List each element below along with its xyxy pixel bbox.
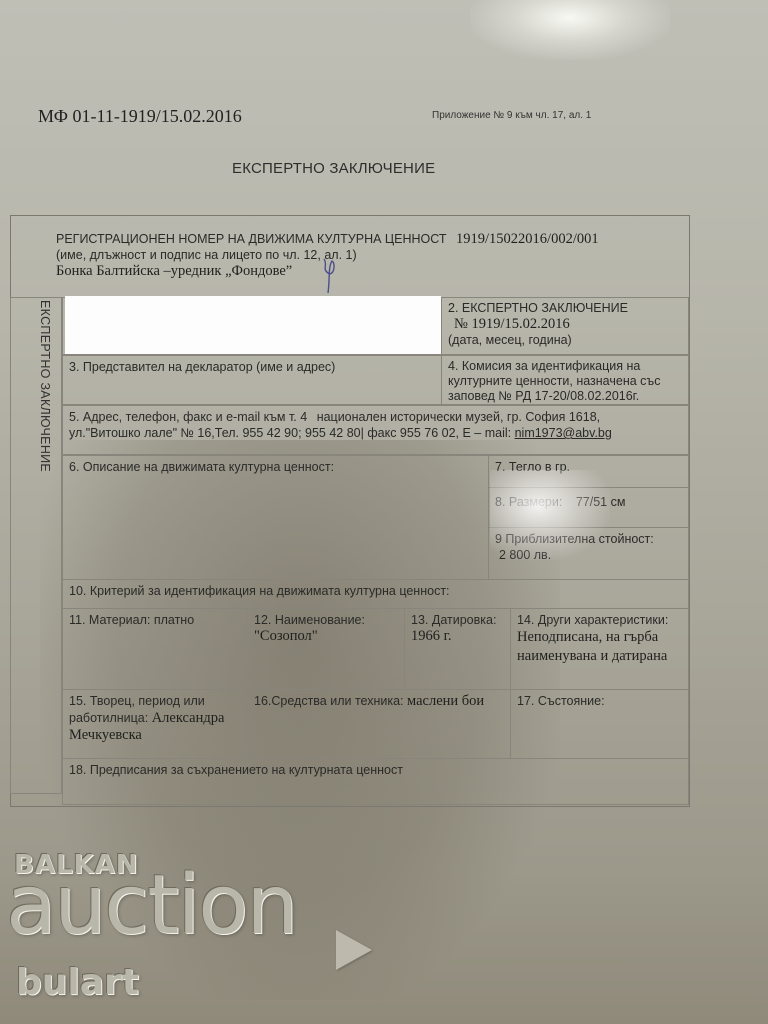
document-title: ЕКСПЕРТНО ЗАКЛЮЧЕНИЕ (232, 160, 435, 177)
redaction-box (65, 296, 441, 354)
opinion-date-note: (дата, месец, година) (448, 332, 682, 348)
field-4-commission: 4. Комисия за идентификация на културнит… (441, 355, 689, 405)
museum-email[interactable]: nim1973@abv.bg (515, 426, 612, 440)
field-3-representative: 3. Представител на декларатор (име и адр… (62, 355, 442, 405)
registration-line: РЕГИСТРАЦИОНЕН НОМЕР НА ДВИЖИМА КУЛТУРНА… (56, 231, 690, 247)
side-column (10, 297, 62, 794)
material-value: платно (154, 613, 194, 627)
characteristics-value: Неподписана, на гърба наименувана и дати… (517, 628, 682, 666)
person-name: Бонка Балтийска –уредник „Фондове” (56, 263, 690, 279)
field-17-condition: 17. Състояние: (510, 689, 689, 759)
field-14-other-characteristics: 14. Други характеристики: Неподписана, н… (510, 608, 689, 690)
dimensions-value: 77/51 см (576, 495, 626, 509)
technique-value: маслени бои (407, 693, 484, 709)
watermark-bulart: bulart (16, 962, 139, 1003)
person-label: (име, длъжност и подпис на лицето по чл.… (56, 247, 690, 263)
field-11-material: 11. Материал: платно (62, 608, 248, 690)
watermark-play-icon (336, 930, 372, 970)
field-13-dating: 13. Датировка: 1966 г. (404, 608, 511, 690)
watermark-auction: auction (6, 858, 296, 953)
museum-contacts: ул."Витошко лале" № 16,Тел. 955 42 90; 9… (69, 426, 511, 440)
registration-number: 1919/15022016/002/001 (456, 231, 599, 247)
field-10-criterion: 10. Критерий за идентификация на движима… (62, 579, 689, 609)
dating-value: 1966 г. (411, 628, 504, 644)
signature-mark (318, 255, 344, 295)
top-light-glare (470, 0, 670, 60)
field-9-value: 9 Приблизителна стойност: 2 800 лв. (488, 527, 689, 580)
field-2-expert-opinion: 2. ЕКСПЕРТНО ЗАКЛЮЧЕНИЕ № 1919/15.02.201… (441, 297, 689, 355)
artwork-title: "Созопол" (254, 628, 398, 644)
field-15-creator: 15. Творец, период или работилница: Алек… (62, 689, 248, 759)
museum-address: национален исторически музей, гр. София … (317, 410, 600, 424)
registration-block: РЕГИСТРАЦИОНЕН НОМЕР НА ДВИЖИМА КУЛТУРНА… (10, 215, 690, 297)
field-5-contacts: 5. Адрес, телефон, факс и e-mail към т. … (62, 405, 689, 455)
document-code: МФ 01-11-1919/15.02.2016 (38, 106, 242, 127)
opinion-number: № 1919/15.02.2016 (454, 316, 682, 332)
field-12-title: 12. Наименование: "Созопол" (247, 608, 405, 690)
annex-reference: Приложение № 9 към чл. 17, ал. 1 (432, 110, 591, 121)
estimated-value: 2 800 лв. (499, 547, 682, 563)
field-6-description: 6. Описание на движимата културна ценнос… (62, 455, 489, 580)
field-16-technique: 16.Средства или техника: маслени бои (247, 689, 511, 759)
registration-label: РЕГИСТРАЦИОНЕН НОМЕР НА ДВИЖИМА КУЛТУРНА… (56, 232, 447, 246)
field-18-storage-instructions: 18. Предписания за съхранението на култу… (62, 758, 689, 805)
field-7-weight: 7. Тегло в гр. (488, 455, 689, 488)
field-8-dimensions: 8. Размери: 77/51 см (488, 487, 689, 528)
